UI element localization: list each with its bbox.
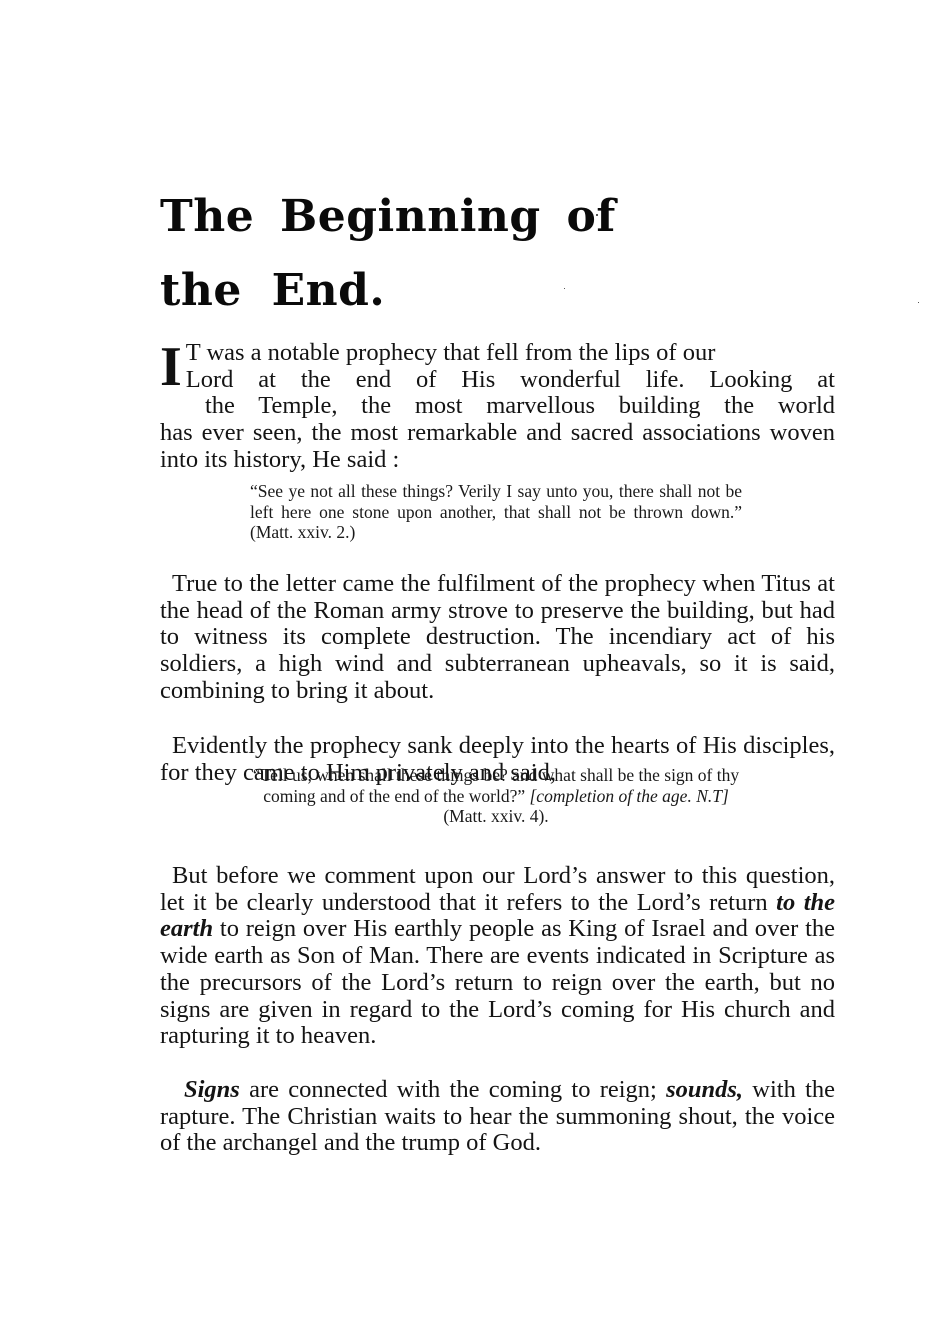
- paragraph-1: I T was a notable prophecy that fell fro…: [160, 340, 835, 474]
- scan-speck: [564, 288, 565, 289]
- paragraph-2-text: True to the letter came the fulfilment o…: [160, 570, 835, 704]
- paragraph-4-text-a: But before we comment upon our Lord’s an…: [160, 862, 835, 916]
- paragraph-5-emphasis-sounds: sounds,: [666, 1076, 743, 1103]
- paragraph-1-line-3: the Temple, the most marvellous building…: [160, 393, 835, 420]
- scan-speck: [596, 214, 598, 216]
- paragraph-4-text-b: to reign over His earthly people as King…: [160, 915, 835, 1049]
- quote-1-reference: (Matt. xxiv. 2.): [250, 522, 355, 542]
- document-page: The Beginning of the End. I T was a nota…: [0, 0, 939, 1331]
- title-line-2: the End.: [160, 267, 385, 315]
- paragraph-4: But before we comment upon our Lord’s an…: [160, 863, 835, 1050]
- quote-2-reference: (Matt. xxiv. 4).: [443, 806, 548, 826]
- paragraph-1-line-1: T was a notable prophecy that fell from …: [160, 340, 835, 367]
- paragraph-5-text-a: are connected with the coming to reign;: [249, 1076, 657, 1103]
- scripture-quote-2: “Tell us, when shall these things be? an…: [250, 765, 742, 827]
- paragraph-5-emphasis-signs: Signs: [184, 1076, 240, 1103]
- quote-1-text: “See ye not all these things? Verily I s…: [250, 481, 742, 522]
- paragraph-1-line-2: Lord at the end of His wonderful life. L…: [160, 367, 835, 394]
- title-line-1: The Beginning of: [160, 193, 616, 241]
- paragraph-1-rest: has ever seen, the most remarkable and s…: [160, 419, 835, 473]
- scan-speck: [918, 302, 919, 303]
- paragraph-5: Signs are connected with the coming to r…: [160, 1077, 835, 1157]
- scripture-quote-1: “See ye not all these things? Verily I s…: [250, 481, 742, 543]
- paragraph-2: True to the letter came the fulfilment o…: [160, 571, 835, 705]
- drop-cap: I: [160, 344, 182, 390]
- quote-2-note: [completion of the age. N.T]: [530, 786, 729, 806]
